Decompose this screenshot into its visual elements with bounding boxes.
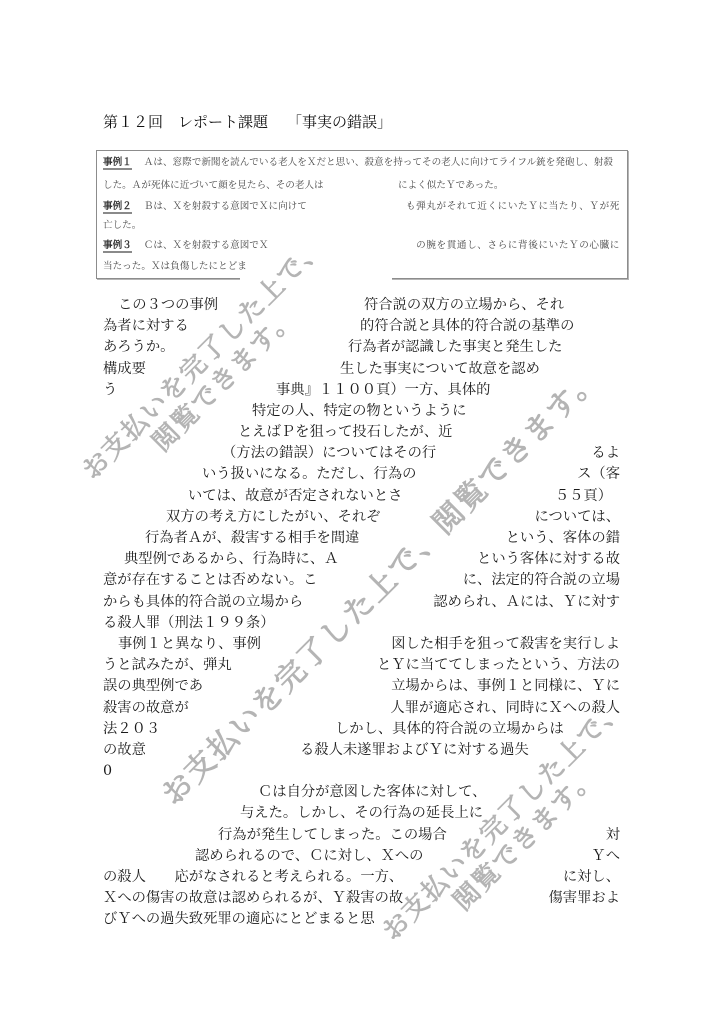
body-line: 構成要 xyxy=(103,359,146,379)
body-line: 0 xyxy=(103,761,112,781)
body-line-fragment: 行為者Ａが、殺害する相手を間違 xyxy=(145,528,359,548)
body-line: 事例１と異なり、事例 xyxy=(118,634,261,654)
body-line: Ｘへの傷害の故意は認められるが、Ｙ殺害の故 xyxy=(103,888,403,908)
body-line: びＹへの過失致死罪の適応にとどまると思 xyxy=(103,909,375,929)
body-line-fragment: という客体に対する故 xyxy=(477,549,620,569)
body-line-fragment: 事典』１１００頁）一方、具体的 xyxy=(276,380,490,400)
body-line: 誤の典型例であ xyxy=(103,676,203,696)
case-text: 当たった。Ｘは負傷したにとどま xyxy=(103,261,247,272)
case-line: 事例１Ａは、窓際で新聞を読んでいる老人をＸだと思い、殺意を持ってその老人に向けて… xyxy=(103,156,620,170)
body-line-fragment: 的符合説と具体的符合説の基準の xyxy=(360,316,574,336)
body-line: う xyxy=(103,380,117,400)
body-line-fragment: Ｙへ xyxy=(591,846,620,866)
body-line-fragment: とえばＰを狙って投石したが、近 xyxy=(238,422,452,442)
body-line-fragment: いては、故意が否定されないとさ xyxy=(188,486,402,506)
case-line: 亡した。 xyxy=(103,219,141,233)
case-line-fragment: によく似たＹであった。 xyxy=(398,179,503,193)
body-line-fragment: に対し、 xyxy=(563,867,620,887)
case-line-fragment: も弾丸がそれて近くにいたＹに当たり、Ｙが死 xyxy=(406,200,620,214)
body-line-fragment: とＹに当ててしまったという、方法の xyxy=(377,655,620,675)
case-text: Ａは、窓際で新聞を読んでいる老人をＸだと思い、殺意を持ってその老人に向けてライフ… xyxy=(144,157,613,168)
body-line-fragment: 立場からは、事例１と同様に、Ｙに xyxy=(391,676,620,696)
body-line: る殺人罪（刑法１９９条） xyxy=(103,613,275,633)
body-line-fragment: 特定の人、特定の物というように xyxy=(252,401,466,421)
body-line-fragment: 傷害罪およ xyxy=(549,888,620,908)
body-line: の故意 xyxy=(103,740,146,760)
case-text: も弾丸がそれて近くにいたＹに当たり、Ｙが死 xyxy=(406,201,620,212)
case-line: 当たった。Ｘは負傷したにとどま xyxy=(103,260,247,274)
body-line-fragment: 符合説の双方の立場から、それ xyxy=(364,295,564,315)
body-line: からも具体的符合説の立場から xyxy=(103,592,303,612)
report-topic-title: 「事実の錯誤」 xyxy=(287,112,392,132)
report-session-title: 第１２回 レポート課題 xyxy=(103,112,268,132)
body-line-fragment: に、法定的符合説の立場 xyxy=(463,570,620,590)
document-page: 第１２回 レポート課題 「事実の錯誤」 事例１Ａは、窓際で新聞を読んでいる老人を… xyxy=(0,0,724,1024)
body-line-fragment: ５５頁） xyxy=(555,486,612,506)
body-line-fragment: しかし、具体的符合説の立場からは xyxy=(335,719,564,739)
body-line-fragment: ス（客 xyxy=(577,464,620,484)
body-line-fragment: 与えた。しかし、その行為の延長上に xyxy=(240,803,483,823)
case-line: 事例２Ｂは、Ｘを射殺する意図でＸに向けて xyxy=(103,200,307,214)
body-line-fragment: Ｃは自分が意図した客体に対して、 xyxy=(258,782,486,802)
body-line-fragment: 行為が発生してしまった。この場合 xyxy=(218,825,447,845)
body-line-fragment: 双方の考え方にしたがい、それぞ xyxy=(166,507,380,527)
body-line-fragment: 図した相手を狙って殺害を実行しよ xyxy=(391,634,620,654)
case-text: の腕を貫通し、さらに背後にいたＹの心臓に xyxy=(416,240,620,251)
body-line: 殺害の故意が xyxy=(103,698,189,718)
case-label-3: 事例３ xyxy=(103,240,132,253)
body-line-fragment: いう扱いになる。ただし、行為の xyxy=(202,464,416,484)
body-line: この３つの事例 xyxy=(118,295,218,315)
body-line-fragment: 生した事実について故意を認め xyxy=(340,359,540,379)
body-line-fragment: という、客体の錯 xyxy=(506,528,620,548)
body-line-fragment: 行為者が認識した事実と発生した xyxy=(348,337,562,357)
case-line: した。Ａが死体に近づいて顔を見たら、その老人は xyxy=(103,179,324,193)
body-line-fragment: 典型例であるから、行為時に、Ａ xyxy=(124,549,338,569)
body-line: 法２０３ xyxy=(103,719,160,739)
body-line-fragment: るよ xyxy=(591,443,620,463)
body-line-fragment: （方法の錯誤）についてはその行 xyxy=(222,443,436,463)
body-line: 為者に対する xyxy=(103,316,189,336)
case-label-1: 事例１ xyxy=(103,157,132,170)
case-line: 事例３Ｃは、Ｘを射殺する意図でＸ xyxy=(103,239,269,253)
case-line-fragment: の腕を貫通し、さらに背後にいたＹの心臓に xyxy=(416,239,620,253)
body-line: 意が存在することは否めない。こ xyxy=(103,570,317,590)
case-text: 亡した。 xyxy=(103,220,141,231)
body-line-fragment: 認められるので、Ｃに対し、Ｘへの xyxy=(195,846,423,866)
body-line-fragment: については、 xyxy=(535,507,621,527)
body-line-fragment: る殺人未遂罪およびＹに対する過失 xyxy=(300,740,529,760)
body-line-fragment: 認められ、Ａには、Ｙに対す xyxy=(433,592,620,612)
case-label-2: 事例２ xyxy=(103,201,132,214)
case-text: Ｂは、Ｘを射殺する意図でＸに向けて xyxy=(144,201,307,212)
body-line: あろうか。 xyxy=(103,337,174,357)
body-line: の殺人 応がなされると考えられる。一方、 xyxy=(103,867,403,887)
body-line: うと試みたが、弾丸 xyxy=(103,655,232,675)
case-text: した。Ａが死体に近づいて顔を見たら、その老人は xyxy=(103,180,324,191)
case-text: によく似たＹであった。 xyxy=(398,180,503,191)
case-text: Ｃは、Ｘを射殺する意図でＸ xyxy=(144,240,269,251)
body-line-fragment: 対 xyxy=(606,825,620,845)
